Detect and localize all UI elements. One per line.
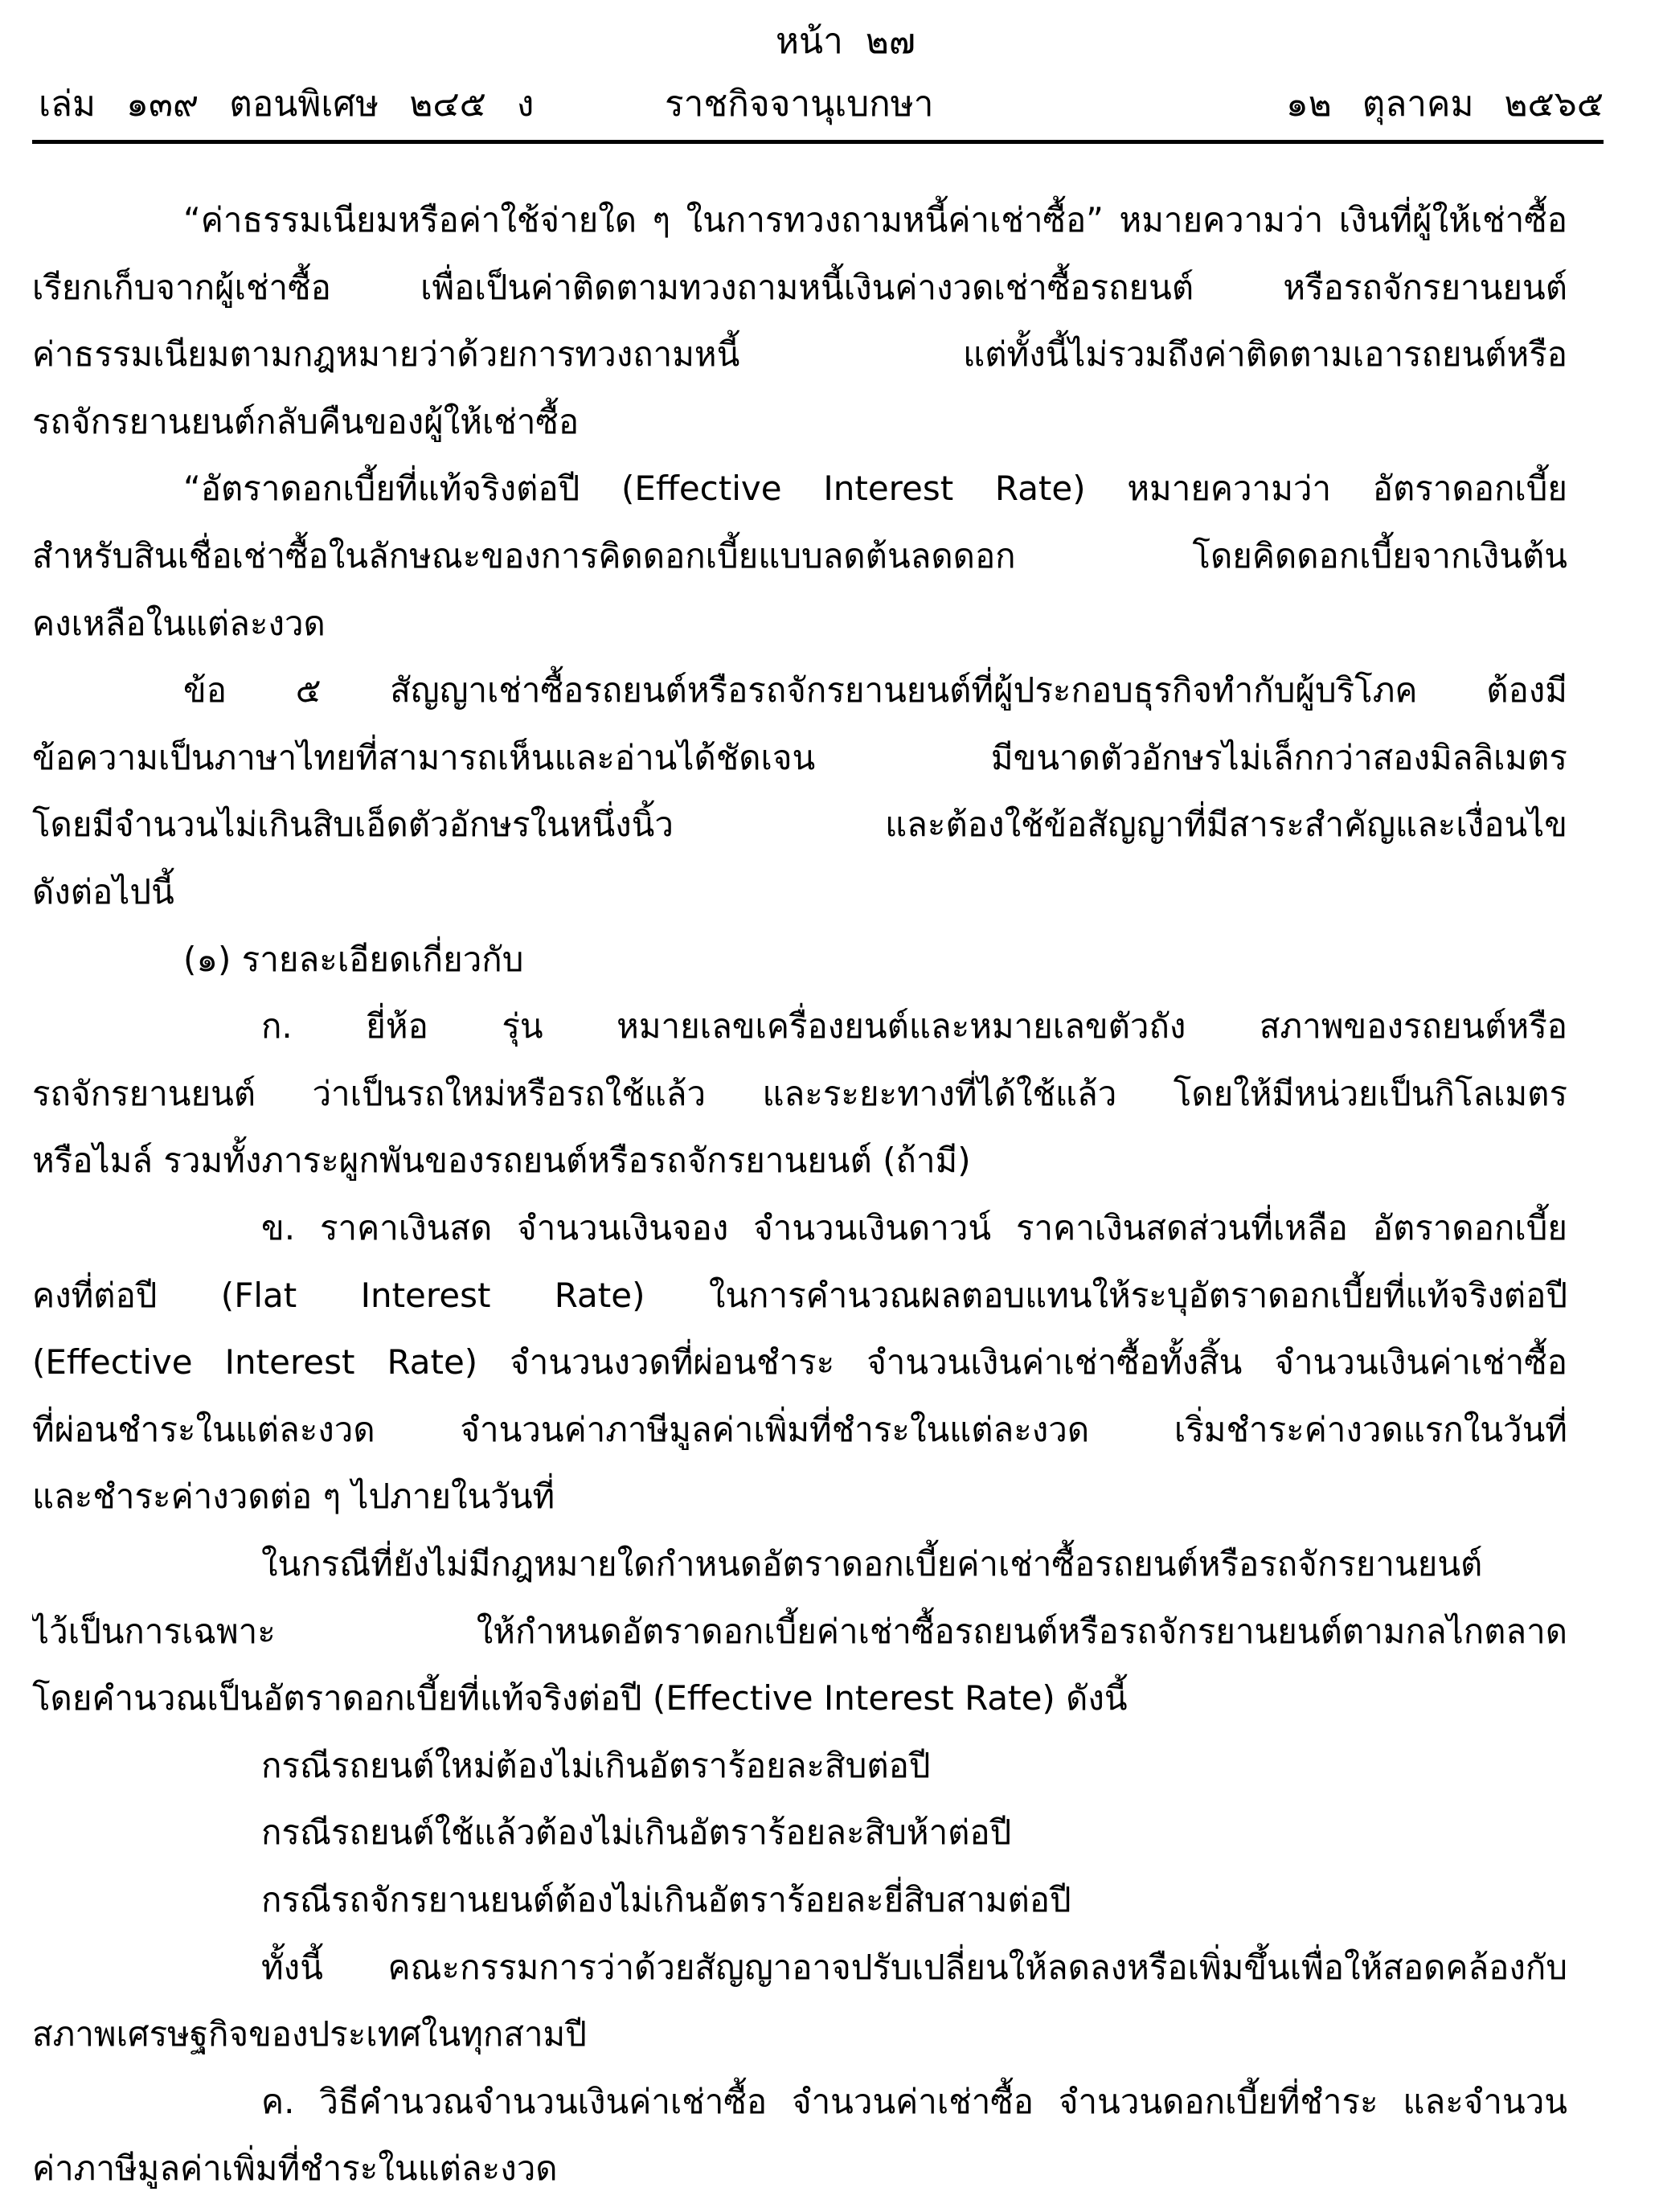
text-line: ดังต่อไปนี้ <box>32 858 1567 926</box>
text-line: ทั้งนี้ คณะกรรมการว่าด้วยสัญญาอาจปรับเปล… <box>261 1934 1567 2001</box>
text-line: หรือไมล์ รวมทั้งภาระผูกพันของรถยนต์หรือร… <box>32 1127 1567 1194</box>
publication-title: ราชกิจจานุเบกษา <box>665 80 934 129</box>
page-number-value: ๒๗ <box>866 21 916 62</box>
publication-date: ๑๒ตุลาคม๒๕๖๕ <box>1256 80 1604 129</box>
page-label: หน้า <box>776 21 843 62</box>
text-line: สภาพเศรษฐกิจของประเทศในทุกสามปี <box>32 2001 1567 2068</box>
section-letter: ง <box>517 84 534 125</box>
text-line: ที่ผ่อนชำระในแต่ละงวด จำนวนค่าภาษีมูลค่า… <box>32 1396 1567 1464</box>
header-divider <box>32 140 1604 144</box>
text-line: ไว้เป็นการเฉพาะ ให้กำหนดอัตราดอกเบี้ยค่า… <box>32 1598 1567 1665</box>
text-line: กรณีรถยนต์ใช้แล้วต้องไม่เกินอัตราร้อยละส… <box>261 1799 1567 1866</box>
text-line: โดยคำนวณเป็นอัตราดอกเบี้ยที่แท้จริงต่อปี… <box>32 1665 1567 1732</box>
text-line: รถจักรยานยนต์กลับคืนของผู้ให้เช่าซื้อ <box>32 388 1567 456</box>
text-line: ข้อความเป็นภาษาไทยที่สามารถเห็นและอ่านได… <box>32 724 1567 792</box>
issue-info: เล่ม๑๓๙ตอนพิเศษ๒๔๕ง <box>39 80 564 129</box>
text-line: ในกรณีที่ยังไม่มีกฎหมายใดกำหนดอัตราดอกเบ… <box>261 1530 1567 1598</box>
text-line: ค่าธรรมเนียมตามกฎหมายว่าด้วยการทวงถามหนี… <box>32 321 1567 388</box>
date-year: ๒๕๖๕ <box>1504 84 1604 125</box>
text-line: คงเหลือในแต่ละงวด <box>32 590 1567 657</box>
text-line: เรียกเก็บจากผู้เช่าซื้อ เพื่อเป็นค่าติดต… <box>32 254 1567 322</box>
date-day: ๑๒ <box>1286 84 1332 125</box>
text-line: “อัตราดอกเบี้ยที่แท้จริงต่อปี (Effective… <box>183 455 1567 522</box>
text-line: “ค่าธรรมเนียมหรือค่าใช้จ่ายใด ๆ ในการทวง… <box>183 186 1567 254</box>
date-month: ตุลาคม <box>1362 84 1474 125</box>
volume-number: ๑๓๙ <box>126 84 199 125</box>
text-line: ค. วิธีคำนวณจำนวนเงินค่าเช่าซื้อ จำนวนค่… <box>261 2068 1567 2136</box>
text-line: ข้อ ๕ สัญญาเช่าซื้อรถยนต์หรือรถจักรยานยน… <box>183 657 1567 724</box>
volume-label: เล่ม <box>39 84 96 125</box>
text-line: (๑) รายละเอียดเกี่ยวกับ <box>183 926 1567 993</box>
text-line: ค่าภาษีมูลค่าเพิ่มที่ชำระในแต่ละงวด <box>32 2135 1567 2202</box>
section-label: ตอนพิเศษ <box>229 84 379 125</box>
section-number: ๒๔๕ <box>409 84 486 125</box>
text-line: กรณีรถยนต์ใหม่ต้องไม่เกินอัตราร้อยละสิบต… <box>261 1732 1567 1800</box>
text-line: ก. ยี่ห้อ รุ่น หมายเลขเครื่องยนต์และหมาย… <box>261 993 1567 1060</box>
gazette-header: เล่ม๑๓๙ตอนพิเศษ๒๔๕ง ราชกิจจานุเบกษา ๑๒ตุ… <box>32 80 1604 129</box>
text-line: (Effective Interest Rate) จำนวนงวดที่ผ่อ… <box>32 1329 1567 1396</box>
text-line: สำหรับสินเชื่อเช่าซื้อในลักษณะของการคิดด… <box>32 522 1567 590</box>
text-line: โดยมีจำนวนไม่เกินสิบเอ็ดตัวอักษรในหนึ่งน… <box>32 791 1567 858</box>
text-line: กรณีรถจักรยานยนต์ต้องไม่เกินอัตราร้อยละย… <box>261 1866 1567 1934</box>
text-line: และชำระค่างวดต่อ ๆ ไปภายในวันที่ <box>32 1463 1567 1530</box>
text-line: ข. ราคาเงินสด จำนวนเงินจอง จำนวนเงินดาวน… <box>261 1194 1567 1262</box>
text-line: คงที่ต่อปี (Flat Interest Rate) ในการคำน… <box>32 1262 1567 1329</box>
page-number: หน้า๒๗ <box>0 18 1659 66</box>
text-line: รถจักรยานยนต์ ว่าเป็นรถใหม่หรือรถใช้แล้ว… <box>32 1060 1567 1128</box>
